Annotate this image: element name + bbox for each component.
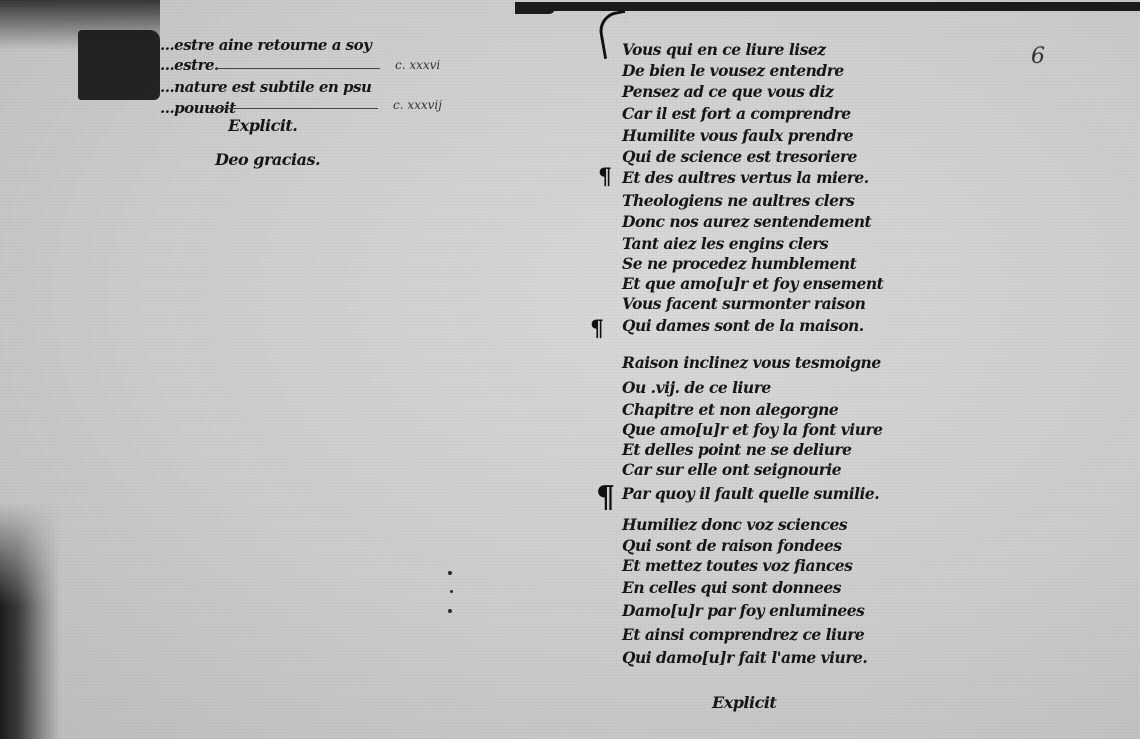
verse-line: Qui dames sont de la maison. [622, 318, 864, 334]
verse-line: Et delles point ne se deliure [622, 442, 852, 458]
right-explicit: Explicit [712, 695, 776, 711]
left-line: ...estre. [160, 58, 219, 73]
verse-line: De bien le vousez entendre [622, 63, 844, 79]
verse-line: Que amo[u]r et foy la font viure [622, 422, 883, 438]
verse-line: Humiliez donc voz sciences [622, 517, 847, 533]
verse-line: En celles qui sont donnees [622, 580, 841, 596]
ink-speck [448, 571, 452, 575]
margin-reference: c. xxxvij [393, 98, 442, 112]
verse-line: Chapitre et non alegorgne [622, 402, 838, 418]
margin-reference: c. xxxvi [395, 58, 440, 72]
verse-line: Vous qui en ce liure lisez [622, 42, 826, 58]
left-line: ...estre aine retourne a soy [160, 38, 371, 53]
left-line: ...nature est subtile en psu [160, 80, 371, 95]
verse-line: Vous facent surmonter raison [622, 296, 865, 312]
verse-line: Damo[u]r par foy enluminees [622, 603, 864, 619]
paragraph-mark: ¶ [596, 480, 615, 515]
verse-line: Qui damo[u]r fait l'ame viure. [622, 650, 867, 666]
verse-line: Humilite vous faulx prendre [622, 128, 853, 144]
verse-line: Qui sont de raison fondees [622, 538, 841, 554]
verse-line: Ou .vij. de ce liure [622, 380, 771, 396]
rule-line [208, 108, 378, 109]
verse-line: Car il est fort a comprendre [622, 106, 851, 122]
verse-line: Pensez ad ce que vous diz [622, 84, 833, 100]
paragraph-mark: ¶ [598, 164, 612, 190]
top-border-strip [515, 2, 1140, 11]
manuscript-page: 6 ...estre aine retourne a soy ...estre.… [0, 0, 1140, 739]
verse-line: Et mettez toutes voz fiances [622, 558, 852, 574]
verse-line: Tant aiez les engins clers [622, 236, 828, 252]
verse-line: Par quoy il fault quelle sumilie. [622, 486, 879, 502]
ink-blot [78, 30, 160, 100]
verse-line: Car sur elle ont seignourie [622, 462, 841, 478]
verse-line: Raison inclinez vous tesmoigne [622, 355, 881, 371]
verse-line: Et que amo[u]r et foy ensement [622, 276, 883, 292]
verse-line: Et ainsi comprendrez ce liure [622, 627, 864, 643]
ink-speck [450, 590, 453, 593]
deo-gratias: Deo gracias. [215, 152, 320, 168]
verse-line: Se ne procedez humblement [622, 256, 856, 272]
left-explicit: Explicit. [228, 118, 297, 134]
verse-line: Qui de science est tresoriere [622, 149, 857, 165]
folio-number: 6 [1031, 44, 1045, 69]
ink-speck [448, 609, 452, 613]
rule-line [215, 68, 380, 69]
verse-line: Theologiens ne aultres clers [622, 193, 854, 209]
paragraph-mark: ¶ [590, 316, 604, 342]
verse-line: Donc nos aurez sentendement [622, 214, 871, 230]
verse-line: Et des aultres vertus la miere. [622, 170, 869, 186]
binding-shadow [0, 0, 60, 739]
